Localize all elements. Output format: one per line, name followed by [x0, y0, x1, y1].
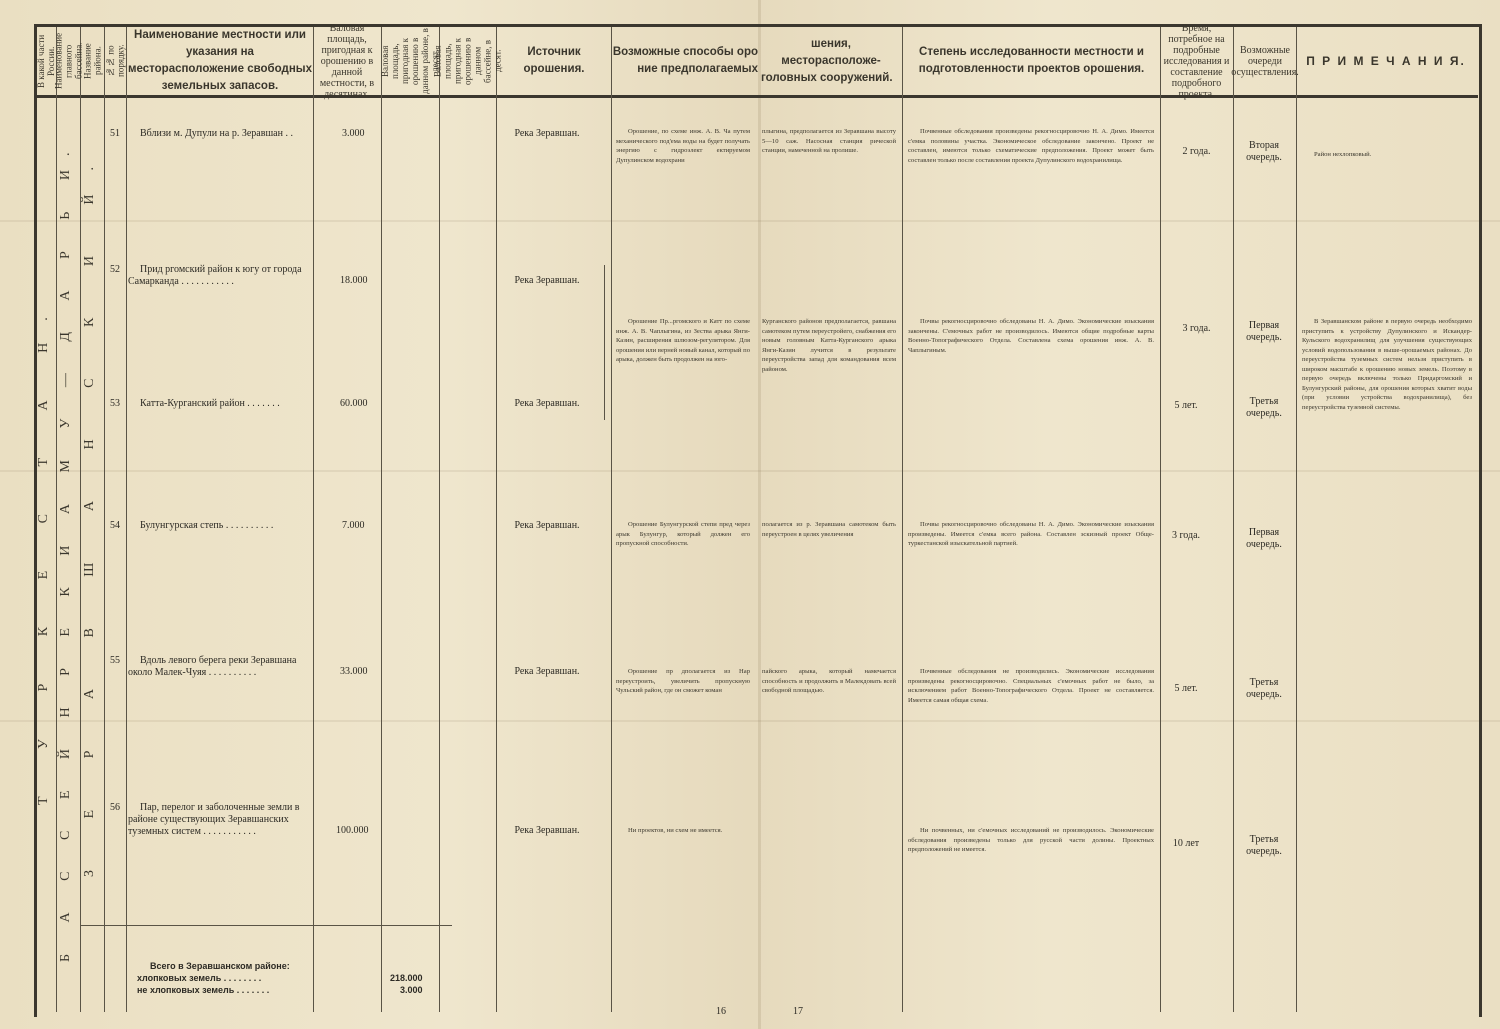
group-method-right: Курганского районов предполагается, равш… — [762, 317, 896, 374]
row-study: Почвенные обследования не производились.… — [908, 667, 1154, 705]
column-divider — [104, 27, 105, 1012]
row-name: Прид ргомский район к югу от города Сама… — [128, 264, 308, 288]
header-methods-right: шения, месторасположе- головных сооружен… — [761, 28, 901, 94]
row-number: 54 — [110, 520, 120, 531]
header-district: Название района. — [81, 28, 104, 94]
header-notes: П Р И М Е Ч А Н И Я. — [1297, 28, 1475, 94]
row-method-left: Ни проектов, ни схем не имеется. — [616, 826, 756, 836]
row-source: Река Зеравшан. — [492, 398, 602, 409]
row-method-left: Орошение, по схеме инж. А. В. Ча путем м… — [616, 127, 750, 165]
row-number: 56 — [110, 802, 120, 813]
totals-cotton-value: 218.000 — [390, 972, 423, 984]
header-gross-area: Валовая площадь, пригодная к орошению в … — [314, 28, 380, 94]
totals-divider — [80, 925, 452, 926]
row-queue: Третья очередь. — [1234, 677, 1294, 701]
row-study: Почвы рекогносцировочно обследованы Н. А… — [908, 520, 1154, 549]
header-methods-right-line1: шения, месторасположе- — [761, 36, 901, 70]
page-number-right: 17 — [793, 1006, 803, 1017]
header-gross-district: Валовая площадь, пригодная к орошению в … — [382, 28, 438, 94]
column-divider — [439, 27, 440, 1012]
totals-noncotton-label: не хлопковых земель . . . . . . . — [137, 984, 377, 996]
row-queue: Вторая очередь. — [1234, 140, 1294, 164]
row-method-right: плыгина, предполагается из Зеравшана выс… — [762, 127, 896, 156]
row-queue: Первая очередь. — [1234, 527, 1294, 551]
row-queue: Третья очередь. — [1234, 834, 1294, 858]
row-study: Ни почвенных, ни с'емочных исследований … — [908, 826, 1154, 855]
row-time: 10 лет — [1161, 838, 1211, 850]
row-time: 5 лет. — [1161, 400, 1211, 412]
row-area: 7.000 — [342, 520, 365, 531]
group-study: Почвы рекогносцировочно обследованы Н. А… — [908, 317, 1154, 355]
header-methods-right-line2: головных сооружений. — [761, 70, 893, 87]
column-divider — [611, 27, 612, 1012]
row-area: 100.000 — [336, 825, 369, 836]
row-study: Почвенные обследования произведены реког… — [908, 127, 1154, 165]
side-label-region: Т У Р К Е С Т А Н. — [36, 100, 56, 1000]
group-method-left: Орошение Пр...ргомского и Катт по схеме … — [616, 317, 750, 365]
column-divider — [1233, 27, 1234, 1012]
row-name: Булунгурская степь . . . . . . . . . . — [128, 520, 308, 532]
row-number: 53 — [110, 398, 120, 409]
row-area: 3.000 — [342, 128, 365, 139]
row-area: 33.000 — [340, 666, 368, 677]
header-source: Источник орошения. — [497, 28, 611, 94]
header-methods-left: Возможные способы оро ние предполагаемых — [612, 28, 758, 94]
totals-noncotton-value: 3.000 — [400, 984, 423, 996]
header-methods-left-line1: Возможные способы оро — [613, 44, 758, 61]
header-queue: Возможные очереди осуществления. — [1234, 28, 1296, 94]
header-time: Время, потребное на подробные исследован… — [1161, 28, 1232, 94]
row-number: 51 — [110, 128, 120, 139]
header-name: Наименование местности или указания на м… — [128, 28, 312, 94]
row-time: 3 года. — [1161, 323, 1232, 335]
page-number-left: 16 — [716, 1006, 726, 1017]
row-name: Вблизи м. Дупули на р. Зеравшан . . — [128, 128, 308, 140]
column-divider — [313, 27, 314, 1012]
group-bracket — [604, 265, 605, 420]
row-source: Река Зеравшан. — [492, 520, 602, 531]
row-source: Река Зеравшан. — [492, 275, 602, 286]
row-time: 2 года. — [1161, 146, 1232, 158]
row-number: 55 — [110, 655, 120, 666]
row-name: Вдоль левого берега реки Зеравшана около… — [128, 655, 308, 679]
row-number: 52 — [110, 264, 120, 275]
row-area: 18.000 — [340, 275, 368, 286]
row-time: 5 лет. — [1161, 683, 1211, 695]
header-number: №№ по порядку. — [105, 28, 126, 94]
row-queue: Третья очередь. — [1234, 396, 1294, 420]
side-label-basin: Б А С С Е Й Н Р Е К И А М У — Д А Р Ь И. — [58, 100, 80, 1000]
group-note: В Зеравшанском районе в первую очередь н… — [1302, 317, 1472, 412]
row-name: Катта-Курганский район . . . . . . . — [128, 398, 308, 410]
column-divider — [126, 27, 127, 1012]
row-queue: Первая очередь. — [1234, 320, 1294, 344]
row-method-left: Орошение пр дполагается из Нар переустро… — [616, 667, 750, 696]
row-note: Район нехлопковый. — [1302, 150, 1472, 160]
row-method-left: Орошение Булунгурской степи пред через а… — [616, 520, 750, 549]
header-basin: Наименование главного бассейна. — [57, 28, 80, 94]
side-label-district: З Е Р А В Ш А Н С К И Й. — [82, 100, 104, 920]
column-divider — [1160, 27, 1161, 1012]
header-gross-basin: Валовая площадь, пригодная к орошению в … — [440, 28, 495, 94]
header-divider — [34, 95, 1478, 98]
column-divider — [56, 27, 57, 1012]
row-name: Пар, перелог и заболоченные земли в райо… — [128, 802, 308, 838]
row-source: Река Зеравшан. — [492, 666, 602, 677]
row-method-right: полагается из р. Зеравшана самотеком быт… — [762, 520, 896, 539]
row-time: 3 года. — [1161, 530, 1211, 542]
header-study: Степень исследованности местности и подг… — [904, 28, 1159, 94]
totals-cotton-label: хлопковых земель . . . . . . . . — [137, 972, 377, 984]
row-method-right: пайского арыка, который намечается спосо… — [762, 667, 896, 696]
column-divider — [381, 27, 382, 1012]
header-methods-left-line2: ние предполагаемых — [637, 61, 758, 78]
column-divider — [1296, 27, 1297, 1012]
column-divider — [902, 27, 903, 1012]
row-source: Река Зеравшан. — [492, 825, 602, 836]
column-divider — [80, 27, 81, 1012]
totals-title: Всего в Зеравшанском районе: — [150, 960, 290, 972]
row-source: Река Зеравшан. — [492, 128, 602, 139]
row-area: 60.000 — [340, 398, 368, 409]
